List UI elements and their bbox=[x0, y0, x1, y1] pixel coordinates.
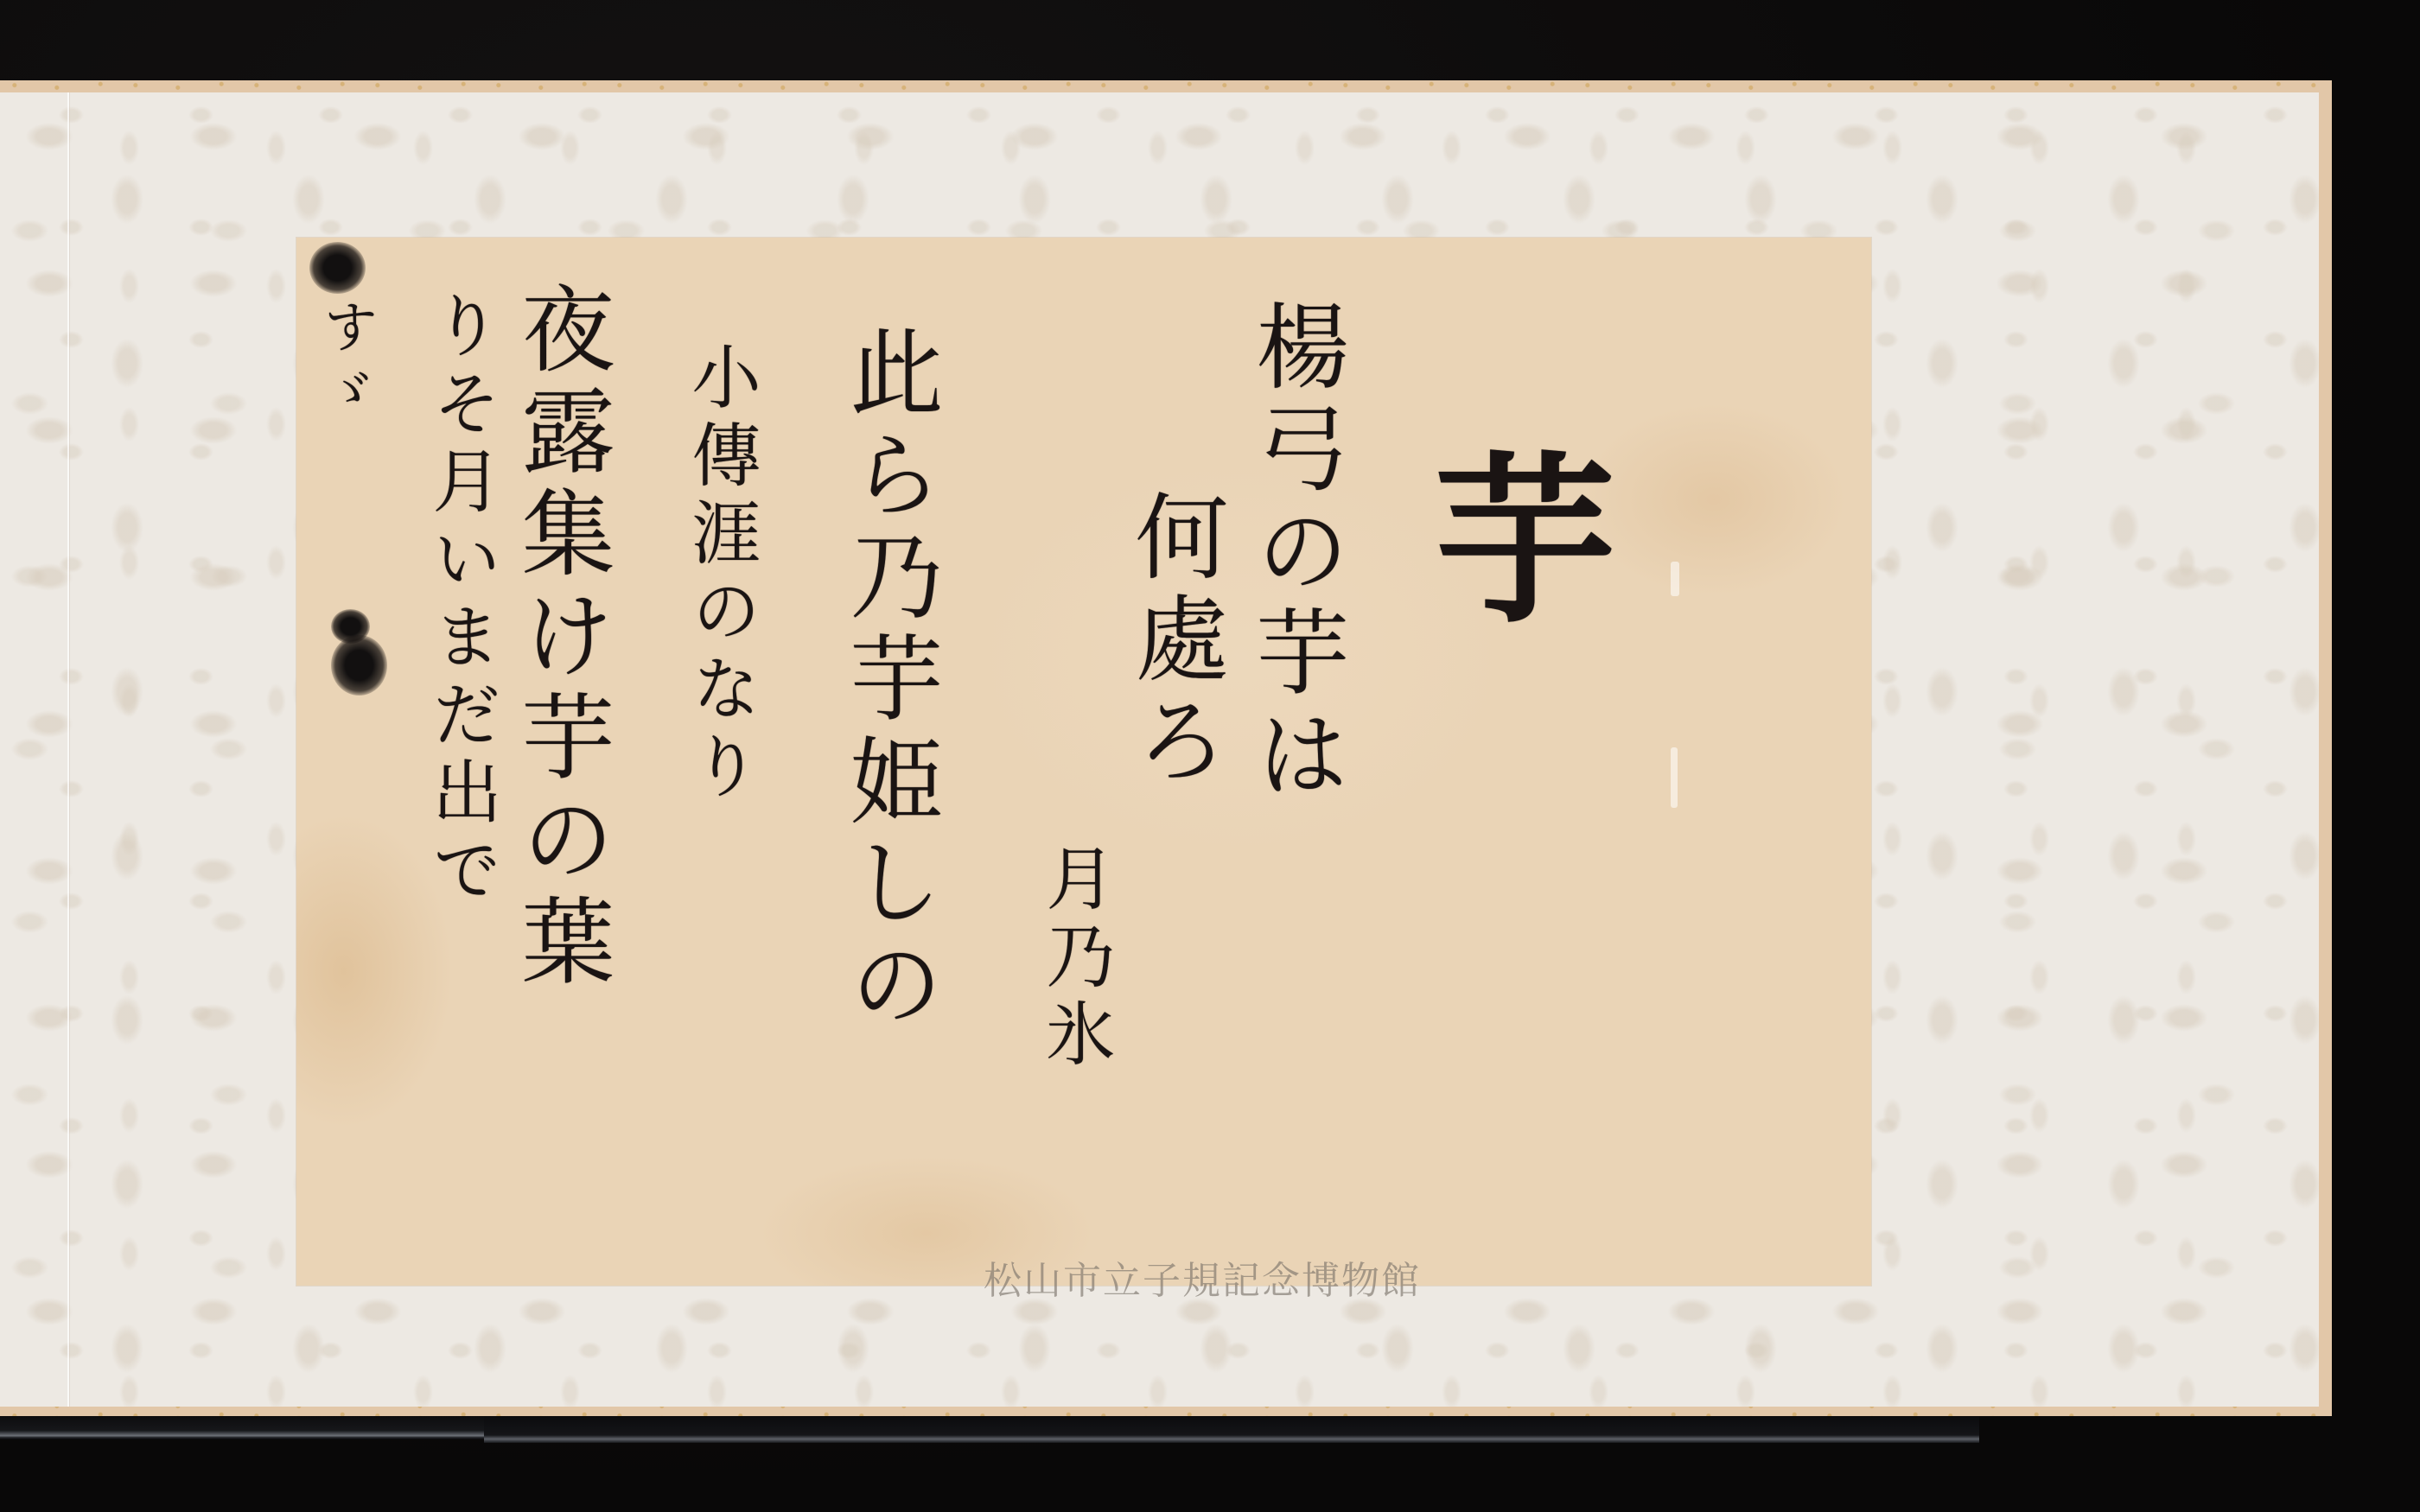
ink-blot-bottom-large bbox=[331, 635, 387, 696]
display-rod-step bbox=[484, 1417, 1979, 1443]
signature: すゞ bbox=[318, 298, 373, 426]
poem-column-1: 楊弓の芋は bbox=[1247, 298, 1341, 808]
poem-column-7: りそ月いまだ出で bbox=[426, 289, 495, 912]
poem-column-6: 夜露集け芋の葉 bbox=[513, 281, 606, 994]
poem-column-2: 何處ろ bbox=[1126, 488, 1220, 794]
photo-stage: 芋 楊弓の芋は 何處ろ 月乃氷 此ら乃芋姫しの 小傳涯のなり 夜露集け芋の葉 り… bbox=[0, 0, 2420, 1512]
ink-blot-top bbox=[309, 242, 366, 294]
calligraphy-paper: 芋 楊弓の芋は 何處ろ 月乃氷 此ら乃芋姫しの 小傳涯のなり 夜露集け芋の葉 り… bbox=[296, 238, 1871, 1286]
paper-mark bbox=[1671, 562, 1679, 596]
paper-mark bbox=[1671, 747, 1678, 808]
mount-seam bbox=[67, 92, 69, 1407]
title-character: 芋 bbox=[1420, 445, 1602, 635]
poem-column-5: 小傳涯のなり bbox=[685, 341, 755, 808]
poem-column-3: 月乃氷 bbox=[1040, 842, 1109, 1076]
poem-column-4: 此ら乃芋姫しの bbox=[841, 324, 934, 1038]
museum-watermark: 松山市立子規記念博物館 bbox=[984, 1249, 1421, 1305]
